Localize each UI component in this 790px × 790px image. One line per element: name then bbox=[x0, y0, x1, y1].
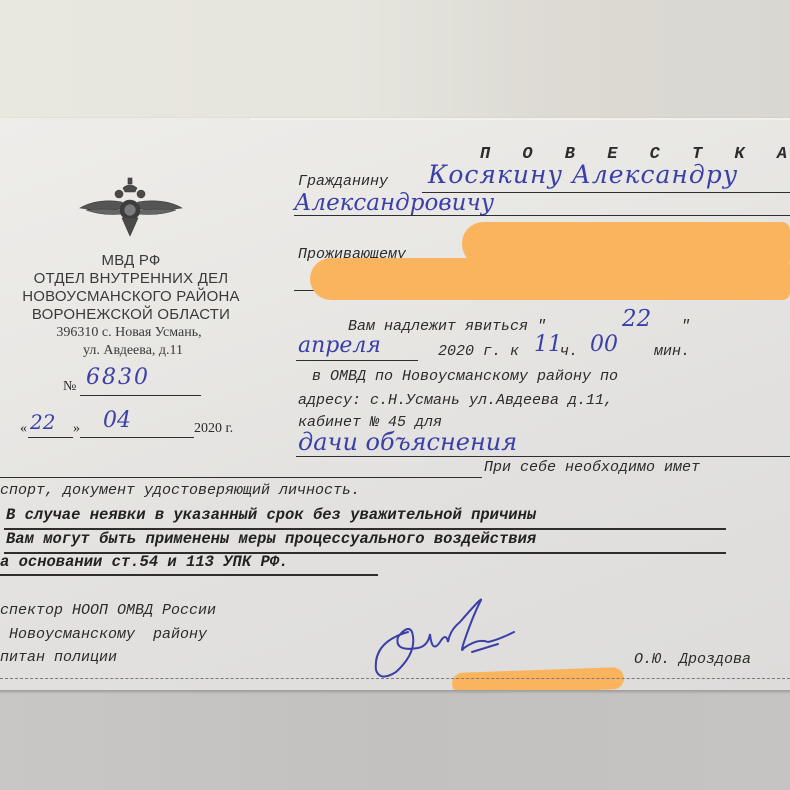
issuer-address-line1: 396310 с. Новая Усмань, bbox=[0, 325, 260, 341]
issuer-line-ministry: МВД РФ bbox=[0, 252, 262, 269]
reg-number-underline bbox=[80, 395, 201, 396]
citizen-name-line2: Александровичу bbox=[294, 190, 494, 216]
purpose-underline-2 bbox=[0, 477, 482, 478]
appointment-year: 2020 г. к bbox=[438, 343, 519, 360]
appointment-place-line2: адресу: с.Н.Усмань ул.Авдеева д.11, bbox=[298, 392, 613, 409]
citizen-name-line1: Косякину Александру bbox=[428, 160, 738, 189]
paper-edge bbox=[250, 118, 790, 120]
appointment-day-close-quote: " bbox=[681, 318, 690, 335]
warning-line1: В случае неявки в указанный срок без ува… bbox=[6, 506, 536, 524]
signatory-position-line3: питан полиции bbox=[0, 649, 117, 666]
appointment-month-underline bbox=[296, 360, 418, 361]
background-top bbox=[0, 0, 790, 120]
appointment-hour-unit: ч. bbox=[560, 343, 578, 360]
issue-date-day: 22 bbox=[30, 410, 55, 434]
appointment-day: 22 bbox=[622, 306, 651, 332]
redaction-address-bottom bbox=[310, 258, 790, 300]
date-day-underline bbox=[28, 437, 73, 438]
mvd-emblem-icon bbox=[78, 174, 184, 240]
purpose-underline bbox=[296, 456, 790, 457]
appointment-purpose: дачи объяснения bbox=[298, 428, 517, 456]
tear-off-line bbox=[0, 678, 790, 679]
warning-underline3 bbox=[0, 574, 378, 576]
date-month-underline bbox=[80, 437, 194, 438]
citizen-label: Гражданину bbox=[298, 173, 388, 190]
appointment-minute-unit: мин. bbox=[654, 343, 690, 360]
reg-number-value: 6830 bbox=[86, 365, 150, 390]
appointment-month: апреля bbox=[298, 333, 381, 358]
signatory-position-line1: спектор НООП ОМВД России bbox=[0, 602, 216, 619]
signatory-position-line2: Новоусманскому району bbox=[0, 626, 207, 643]
issuer-line-district: НОВОУСМАНСКОГО РАЙОНА bbox=[0, 288, 262, 305]
issuer-line-department: ОТДЕЛ ВНУТРЕННИХ ДЕЛ bbox=[0, 270, 262, 287]
appointment-hour: 11 bbox=[534, 332, 562, 357]
paper-bottom-shadow bbox=[0, 690, 790, 694]
citizen-name-underline2 bbox=[294, 215, 790, 216]
date-open-quote: « bbox=[20, 421, 27, 437]
warning-line3: а основании ст.54 и 113 УПК РФ. bbox=[0, 553, 288, 571]
issuer-address-line2: ул. Авдеева, д.11 bbox=[2, 343, 264, 359]
background-bottom bbox=[0, 690, 790, 790]
appointment-place-line1: в ОМВД по Новоусманскому району по bbox=[312, 368, 618, 385]
issue-date-month: 04 bbox=[103, 408, 131, 433]
bring-documents-line1: При себе необходимо имет bbox=[484, 459, 700, 476]
date-close-quote: » bbox=[73, 421, 80, 437]
issuer-line-region: ВОРОНЕЖСКОЙ ОБЛАСТИ bbox=[0, 306, 262, 323]
bring-documents-line2: спорт, документ удостоверяющий личность. bbox=[0, 482, 360, 499]
appointment-minute: 00 bbox=[590, 332, 618, 357]
issue-date-year: 2020 г. bbox=[194, 421, 233, 437]
reg-number-label: № bbox=[63, 379, 76, 395]
warning-line2: Вам могут быть применены меры процессуал… bbox=[6, 530, 536, 548]
signatory-name: О.Ю. Дроздова bbox=[634, 651, 751, 668]
